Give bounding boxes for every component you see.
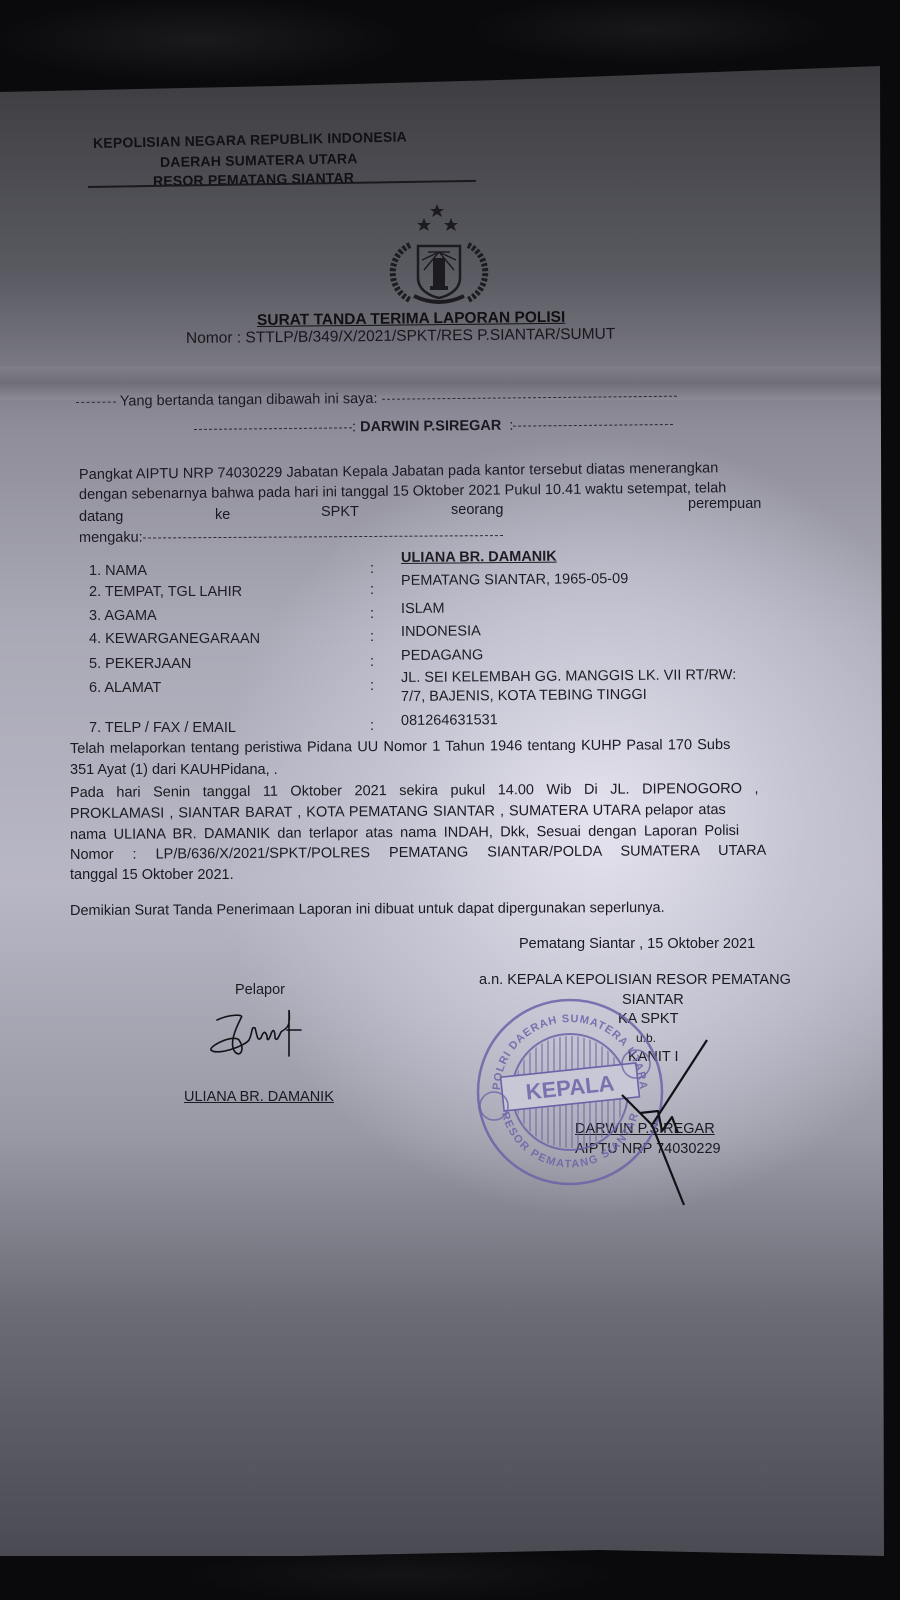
dash-fill [194,427,352,430]
field-label: 6. ALAMAT [89,680,161,696]
field-label: 5. PEKERJAAN [89,656,191,672]
field-separator: : [370,718,374,734]
closing-statement: Demikian Surat Tanda Penerimaan Laporan … [70,900,665,919]
signer-prefix: Yang bertanda tangan dibawah ini saya: [120,391,378,410]
dash-fill [381,395,676,399]
field-value: 081264631531 [401,712,498,729]
field-separator: : [370,606,374,622]
statement-line-4: mengaku: [79,527,503,546]
field-value-line2: 7/7, BAJENIS, KOTA TEBING TINGGI [401,687,647,705]
statement-word-spkt: SPKT [321,504,359,520]
reporter-name: ULIANA BR. DAMANIK [184,1089,334,1105]
field-label: 7. TELP / FAX / EMAIL [89,720,236,736]
statement-word-seorang: seorang [451,502,503,518]
report-line-7: tanggal 15 Oktober 2021. [70,867,234,883]
field-label: 4. KEWARGANEGARAAN [89,631,260,647]
field-value: PEDAGANG [401,647,483,664]
dash-fill [513,424,673,427]
field-label: 1. NAMA [89,563,147,579]
report-line-2: 351 Ayat (1) dari KAUHPidana, . [70,762,278,778]
field-separator: : [370,654,374,670]
reporter-role: Pelapor [235,982,285,998]
police-emblem-icon [380,200,498,308]
document-number-value: STTLP/B/349/X/2021/SPKT/RES P.SIANTAR/SU… [245,326,615,347]
field-value: ISLAM [401,601,445,617]
officer-line-1: a.n. KEPALA KEPOLISIAN RESOR PEMATANG [479,972,791,988]
field-value: ULIANA BR. DAMANIK [401,549,557,566]
field-separator: : [370,561,374,577]
field-separator: : [370,582,374,598]
dash-fill [76,401,116,402]
signer-name: DARWIN P.SIREGAR [360,418,501,435]
field-value: PEMATANG SIANTAR, 1965-05-09 [401,571,628,589]
field-label: 3. AGAMA [89,608,157,624]
document-number-label: Nomor : [186,329,241,347]
place-date: Pematang Siantar , 15 Oktober 2021 [519,936,755,952]
reporter-signature [205,1000,315,1070]
field-label: 2. TEMPAT, TGL LAHIR [89,584,242,600]
field-value: INDONESIA [401,623,481,640]
statement-word-ke: ke [215,507,230,523]
field-separator: : [370,629,374,645]
field-separator: : [370,678,374,694]
statement-word-perempuan: perempuan [688,496,761,512]
statement-word-datang: datang [79,509,123,525]
field-value: JL. SEI KELEMBAH GG. MANGGIS LK. VII RT/… [401,667,736,686]
dash-fill [143,535,503,539]
officer-signature [612,1035,722,1210]
